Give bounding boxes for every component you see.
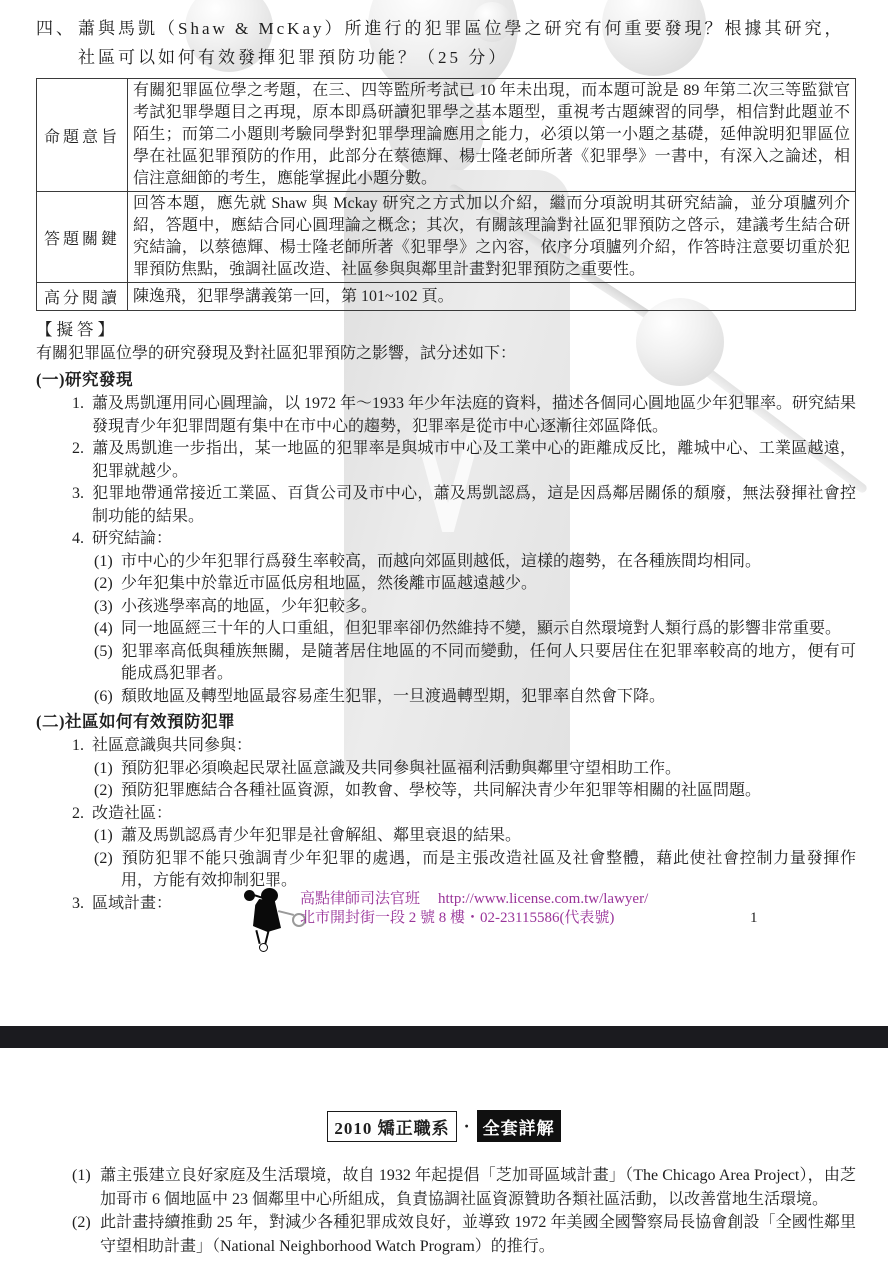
table-row: 答題關鍵 回答本題，應先就 Shaw 與 Mckay 研究之方式加以介紹，繼而分… [37,192,856,283]
item-marker: 1. [72,735,92,758]
answer-item: 2.蕭及馬凱進一步指出，某一地區的犯罪率是與城市中心及工業中心的距離成反比，離城… [72,438,856,483]
section-1-title: (一)研究發現 [36,367,856,392]
question-text: 蕭與馬凱（Shaw & McKay）所進行的犯罪區位學之研究有何重要發現？根據其… [78,19,844,67]
item-text: 預防犯罪不能只強調青少年犯罪的處遇，而是主張改造社區及社會整體，藉此使社會控制力… [121,850,856,890]
item-text: 頹敗地區及轉型地區最容易產生犯罪，一旦渡過轉型期，犯罪率自然會下降。 [121,688,665,705]
item-text: 區域計畫： [92,895,172,912]
item-text: 小孩逃學率高的地區，少年犯較多。 [121,598,377,615]
item-text: 蕭主張建立良好家庭及生活環境，故自 1932 年起提倡「芝加哥區域計畫」（The… [100,1167,856,1208]
page-number: 1 [750,910,758,927]
item-text: 研究結論： [92,530,172,547]
note-item: (2)此計畫持續推動 25 年，對減少各種犯罪成效良好，並導致 1972 年美國… [72,1211,856,1258]
divider-band [0,1026,888,1048]
footer-org-line: 高點律師司法官班http://www.license.com.tw/lawyer… [300,890,648,909]
answer-subitem: (2)預防犯罪應結合各種社區資源，如教會、學校等，共同解決青少年犯罪等相關的社區… [94,780,856,803]
item-marker: 3. [72,483,92,506]
note-item: (1)蕭主張建立良好家庭及生活環境，故自 1932 年起提倡「芝加哥區域計畫」（… [72,1164,856,1211]
item-marker: (4) [94,618,121,641]
footer-org-name: 高點律師司法官班 [300,891,420,907]
answer-intro: 有關犯罪區位學的研究發現及對社區犯罪預防之影響，試分述如下： [36,342,856,366]
answer-item: 1.蕭及馬凱運用同心圓理論，以 1972 年～1933 年少年法庭的資料，描述各… [72,393,856,438]
item-text: 預防犯罪應結合各種社區資源，如教會、學校等，共同解決青少年犯罪等相關的社區問題。 [121,782,761,799]
answer-item: 1.社區意識與共同參與： [72,735,856,758]
item-text: 蕭及馬凱進一步指出，某一地區的犯罪率是與城市中心及工業中心的距離成反比，離城中心… [92,440,856,480]
item-text: 少年犯集中於靠近市區低房租地區，然後離市區越遠越少。 [121,575,537,592]
logo-body [253,899,281,932]
item-text: 預防犯罪必須喚起民眾社區意識及共同參與社區福利活動與鄰里守望相助工作。 [121,760,681,777]
gaodian-mascot-logo-icon [240,888,302,952]
item-marker: (3) [94,596,121,619]
answer-subitem: (1)預防犯罪必須喚起民眾社區意識及共同參與社區福利活動與鄰里守望相助工作。 [94,758,856,781]
answer-subitem: (3)小孩逃學率高的地區，少年犯較多。 [94,596,856,619]
logo-leg [255,930,260,944]
item-text: 犯罪率高低與種族無關，是隨著居住地區的不同而變動，任何人只要居住在犯罪率較高的地… [121,643,856,683]
answer-header: 【擬答】 [36,316,856,340]
item-text: 蕭及馬凱認爲青少年犯罪是社會解組、鄰里衰退的結果。 [121,827,521,844]
item-marker: 1. [72,393,92,416]
item-marker: 3. [72,893,92,916]
table-row-text: 回答本題，應先就 Shaw 與 Mckay 研究之方式加以介紹，繼而分項說明其研… [128,192,856,283]
item-text: 同一地區經三十年的人口重組，但犯罪率卻仍然維持不變，顯示自然環境對人類行爲的影響… [121,620,841,637]
question-title: 四、蕭與馬凱（Shaw & McKay）所進行的犯罪區位學之研究有何重要發現？根… [36,14,856,72]
answer-subitem: (2)預防犯罪不能只強調青少年犯罪的處遇，而是主張改造社區及社會整體，藉此使社會… [94,848,856,893]
answer-item: 4.研究結論： [72,528,856,551]
item-marker: (2) [94,848,121,871]
item-marker: (1) [94,825,121,848]
table-row-label: 答題關鍵 [37,192,128,283]
item-text: 蕭及馬凱運用同心圓理論，以 1972 年～1933 年少年法庭的資料，描述各個同… [92,395,856,435]
item-marker: (1) [94,758,121,781]
item-text: 犯罪地帶通常接近工業區、百貨公司及市中心，蕭及馬凱認爲，這是因爲鄰居關係的頹廢，… [92,485,856,525]
item-text: 社區意識與共同參與： [92,737,252,754]
item-marker: (2) [72,1211,100,1235]
question-number: 四、 [36,14,78,43]
item-marker: (6) [94,686,121,709]
document-body: 四、蕭與馬凱（Shaw & McKay）所進行的犯罪區位學之研究有何重要發現？根… [0,0,888,915]
footer-address-line: 北市開封街一段 2 號 8 樓・02-23115586(代表號) [300,909,648,928]
series-year-label: 2010 矯正職系 [327,1111,456,1142]
answer-subitem: (1)市中心的少年犯罪行爲發生率較高，而越向郊區則越低，這樣的趨勢，在各種族間均… [94,551,856,574]
series-detail-label: 全套詳解 [477,1110,561,1142]
item-text: 改造社區： [92,805,172,822]
item-text: 市中心的少年犯罪行爲發生率較高，而越向郊區則越低，這樣的趨勢，在各種族間均相同。 [121,553,761,570]
table-row-text: 有關犯罪區位學之考題，在三、四等監所考試已 10 年未出現，而本題可說是 89 … [128,79,856,192]
item-marker: (2) [94,573,121,596]
item-marker: (1) [94,551,121,574]
series-banner: 2010 矯正職系 · 全套詳解 [0,1110,888,1142]
answer-subitem: (5)犯罪率高低與種族無關，是隨著居住地區的不同而變動，任何人只要居住在犯罪率較… [94,641,856,686]
item-marker: (5) [94,641,121,664]
logo-leg [264,930,269,944]
answer-subitem: (2)少年犯集中於靠近市區低房租地區，然後離市區越遠越少。 [94,573,856,596]
table-row-label: 高分閱讀 [37,283,128,311]
answer-subitem: (6)頹敗地區及轉型地區最容易產生犯罪，一旦渡過轉型期，犯罪率自然會下降。 [94,686,856,709]
answer-item: 2.改造社區： [72,803,856,826]
series-separator: · [464,1116,470,1137]
item-marker: 2. [72,438,92,461]
table-row: 高分閱讀 陳逸飛，犯罪學講義第一回，第 101~102 頁。 [37,283,856,311]
exam-info-table: 命題意旨 有關犯罪區位學之考題，在三、四等監所考試已 10 年未出現，而本題可說… [36,78,856,311]
item-marker: (2) [94,780,121,803]
answer-item: 3.犯罪地帶通常接近工業區、百貨公司及市中心，蕭及馬凱認爲，這是因爲鄰居關係的頹… [72,483,856,528]
logo-ring-small [259,943,268,952]
item-marker: 4. [72,528,92,551]
answer-subitem: (4)同一地區經三十年的人口重組，但犯罪率卻仍然維持不變，顯示自然環境對人類行爲… [94,618,856,641]
table-row-text: 陳逸飛，犯罪學講義第一回，第 101~102 頁。 [128,283,856,311]
table-row-label: 命題意旨 [37,79,128,192]
item-text: 此計畫持續推動 25 年，對減少各種犯罪成效良好，並導致 1972 年美國全國警… [100,1214,856,1255]
table-row: 命題意旨 有關犯罪區位學之考題，在三、四等監所考試已 10 年未出現，而本題可說… [37,79,856,192]
item-marker: (1) [72,1164,100,1188]
exam-answer-page: 四、蕭與馬凱（Shaw & McKay）所進行的犯罪區位學之研究有何重要發現？根… [0,0,888,1280]
footer-url: http://www.license.com.tw/lawyer/ [438,891,648,907]
answer-subitem: (1)蕭及馬凱認爲青少年犯罪是社會解組、鄰里衰退的結果。 [94,825,856,848]
item-marker: 2. [72,803,92,826]
footer-contact: 高點律師司法官班http://www.license.com.tw/lawyer… [300,890,648,928]
bottom-notes: (1)蕭主張建立良好家庭及生活環境，故自 1932 年起提倡「芝加哥區域計畫」（… [36,1164,856,1258]
logo-arm [278,910,294,916]
section-2-title: (二)社區如何有效預防犯罪 [36,709,856,734]
